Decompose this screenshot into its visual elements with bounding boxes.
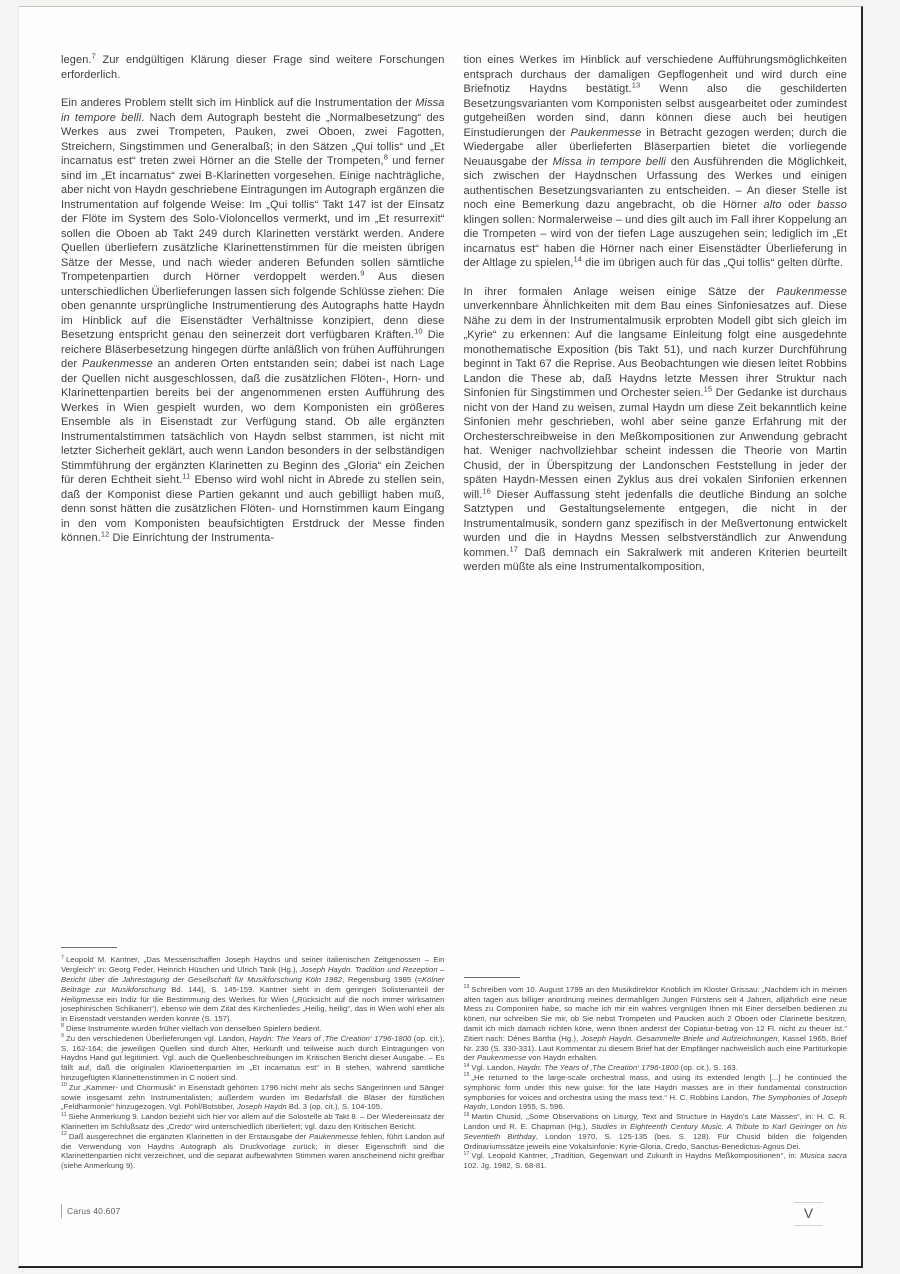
footnote-number: 16: [464, 1112, 470, 1118]
footnote: 17Vgl. Leopold Kantner, „Tradition, Gege…: [464, 1151, 848, 1171]
right-column: tion eines Werkes im Hinblick auf versch…: [464, 53, 848, 1171]
footnote-text: Siehe Anmerkung 9. Landon bezieht sich h…: [61, 1112, 445, 1131]
footnote: 15„He returned to the large-scale orches…: [464, 1073, 848, 1112]
footnote-separator: [61, 947, 117, 948]
edition-number: Carus 40.607: [61, 1204, 120, 1218]
footnote-number: 15: [464, 1072, 470, 1078]
footnote-number: 9: [61, 1033, 64, 1039]
footnote-text: Leopold M. Kantner, „Das Messenschaffen …: [61, 955, 445, 1023]
footnote: 11Siehe Anmerkung 9. Landon bezieht sich…: [61, 1112, 445, 1132]
footnote: 8Diese Instrumente wurden früher vielfac…: [61, 1024, 445, 1034]
paragraph: tion eines Werkes im Hinblick auf versch…: [464, 53, 848, 271]
footnote-separator: [464, 977, 520, 978]
footnote-number: 12: [61, 1131, 67, 1137]
footnote-text: Daß ausgerechnet die ergänzten Klarinett…: [61, 1132, 445, 1170]
left-footnotes: 7Leopold M. Kantner, „Das Messenschaffen…: [61, 947, 445, 1171]
left-column: legen.7 Zur endgültigen Klärung dieser F…: [61, 53, 445, 1171]
page-content: legen.7 Zur endgültigen Klärung dieser F…: [61, 53, 847, 1171]
footnote: 10Zur „Kammer- und Chormusik“ in Eisenst…: [61, 1083, 445, 1112]
scanned-page: legen.7 Zur endgültigen Klärung dieser F…: [18, 6, 863, 1268]
footnote: 12Daß ausgerechnet die ergänzten Klarine…: [61, 1132, 445, 1171]
footnote-number: 7: [61, 955, 64, 961]
footnote-number: 10: [61, 1082, 67, 1088]
footnote-text: Vgl. Leopold Kantner, „Tradition, Gegenw…: [464, 1151, 848, 1170]
right-column-body: tion eines Werkes im Hinblick auf versch…: [464, 53, 848, 575]
footnote-text: Zu den verschiedenen Überlieferungen vgl…: [61, 1034, 445, 1082]
footnote-number: 13: [464, 984, 470, 990]
footnote-text: Zur „Kammer- und Chormusik“ in Eisenstad…: [61, 1083, 445, 1112]
footnote-number: 8: [61, 1023, 64, 1029]
footnote: 9Zu den verschiedenen Überlieferungen vg…: [61, 1034, 445, 1083]
footnote: 13Schreiben vom 10. August 1799 an den M…: [464, 985, 848, 1063]
paragraph: In ihrer formalen Anlage weisen einige S…: [464, 285, 848, 575]
footnote-number: 11: [61, 1112, 67, 1118]
paragraph: legen.7 Zur endgültigen Klärung dieser F…: [61, 53, 445, 82]
footnote-text: „He returned to the large-scale orchestr…: [464, 1073, 848, 1111]
paragraph: Ein anderes Problem stellt sich im Hinbl…: [61, 96, 445, 546]
footnote-text: Vgl. Landon, Haydn: The Years of ‚The Cr…: [471, 1063, 738, 1072]
page-number: V: [794, 1202, 823, 1226]
footnote-text: Martin Chusid, „Some Observations on Lit…: [464, 1112, 848, 1150]
footnote-text: Diese Instrumente wurden früher vielfach…: [66, 1024, 322, 1033]
left-column-body: legen.7 Zur endgültigen Klärung dieser F…: [61, 53, 445, 546]
footnote-number: 17: [464, 1151, 470, 1157]
footnote-text: Schreiben vom 10. August 1799 an den Mus…: [464, 985, 848, 1063]
footnote: 7Leopold M. Kantner, „Das Messenschaffen…: [61, 955, 445, 1024]
right-footnotes: 13Schreiben vom 10. August 1799 an den M…: [464, 977, 848, 1171]
footnote: 14Vgl. Landon, Haydn: The Years of ‚The …: [464, 1063, 848, 1073]
footnote: 16Martin Chusid, „Some Observations on L…: [464, 1112, 848, 1151]
footnote-number: 14: [464, 1063, 470, 1069]
text-columns: legen.7 Zur endgültigen Klärung dieser F…: [61, 53, 847, 1171]
